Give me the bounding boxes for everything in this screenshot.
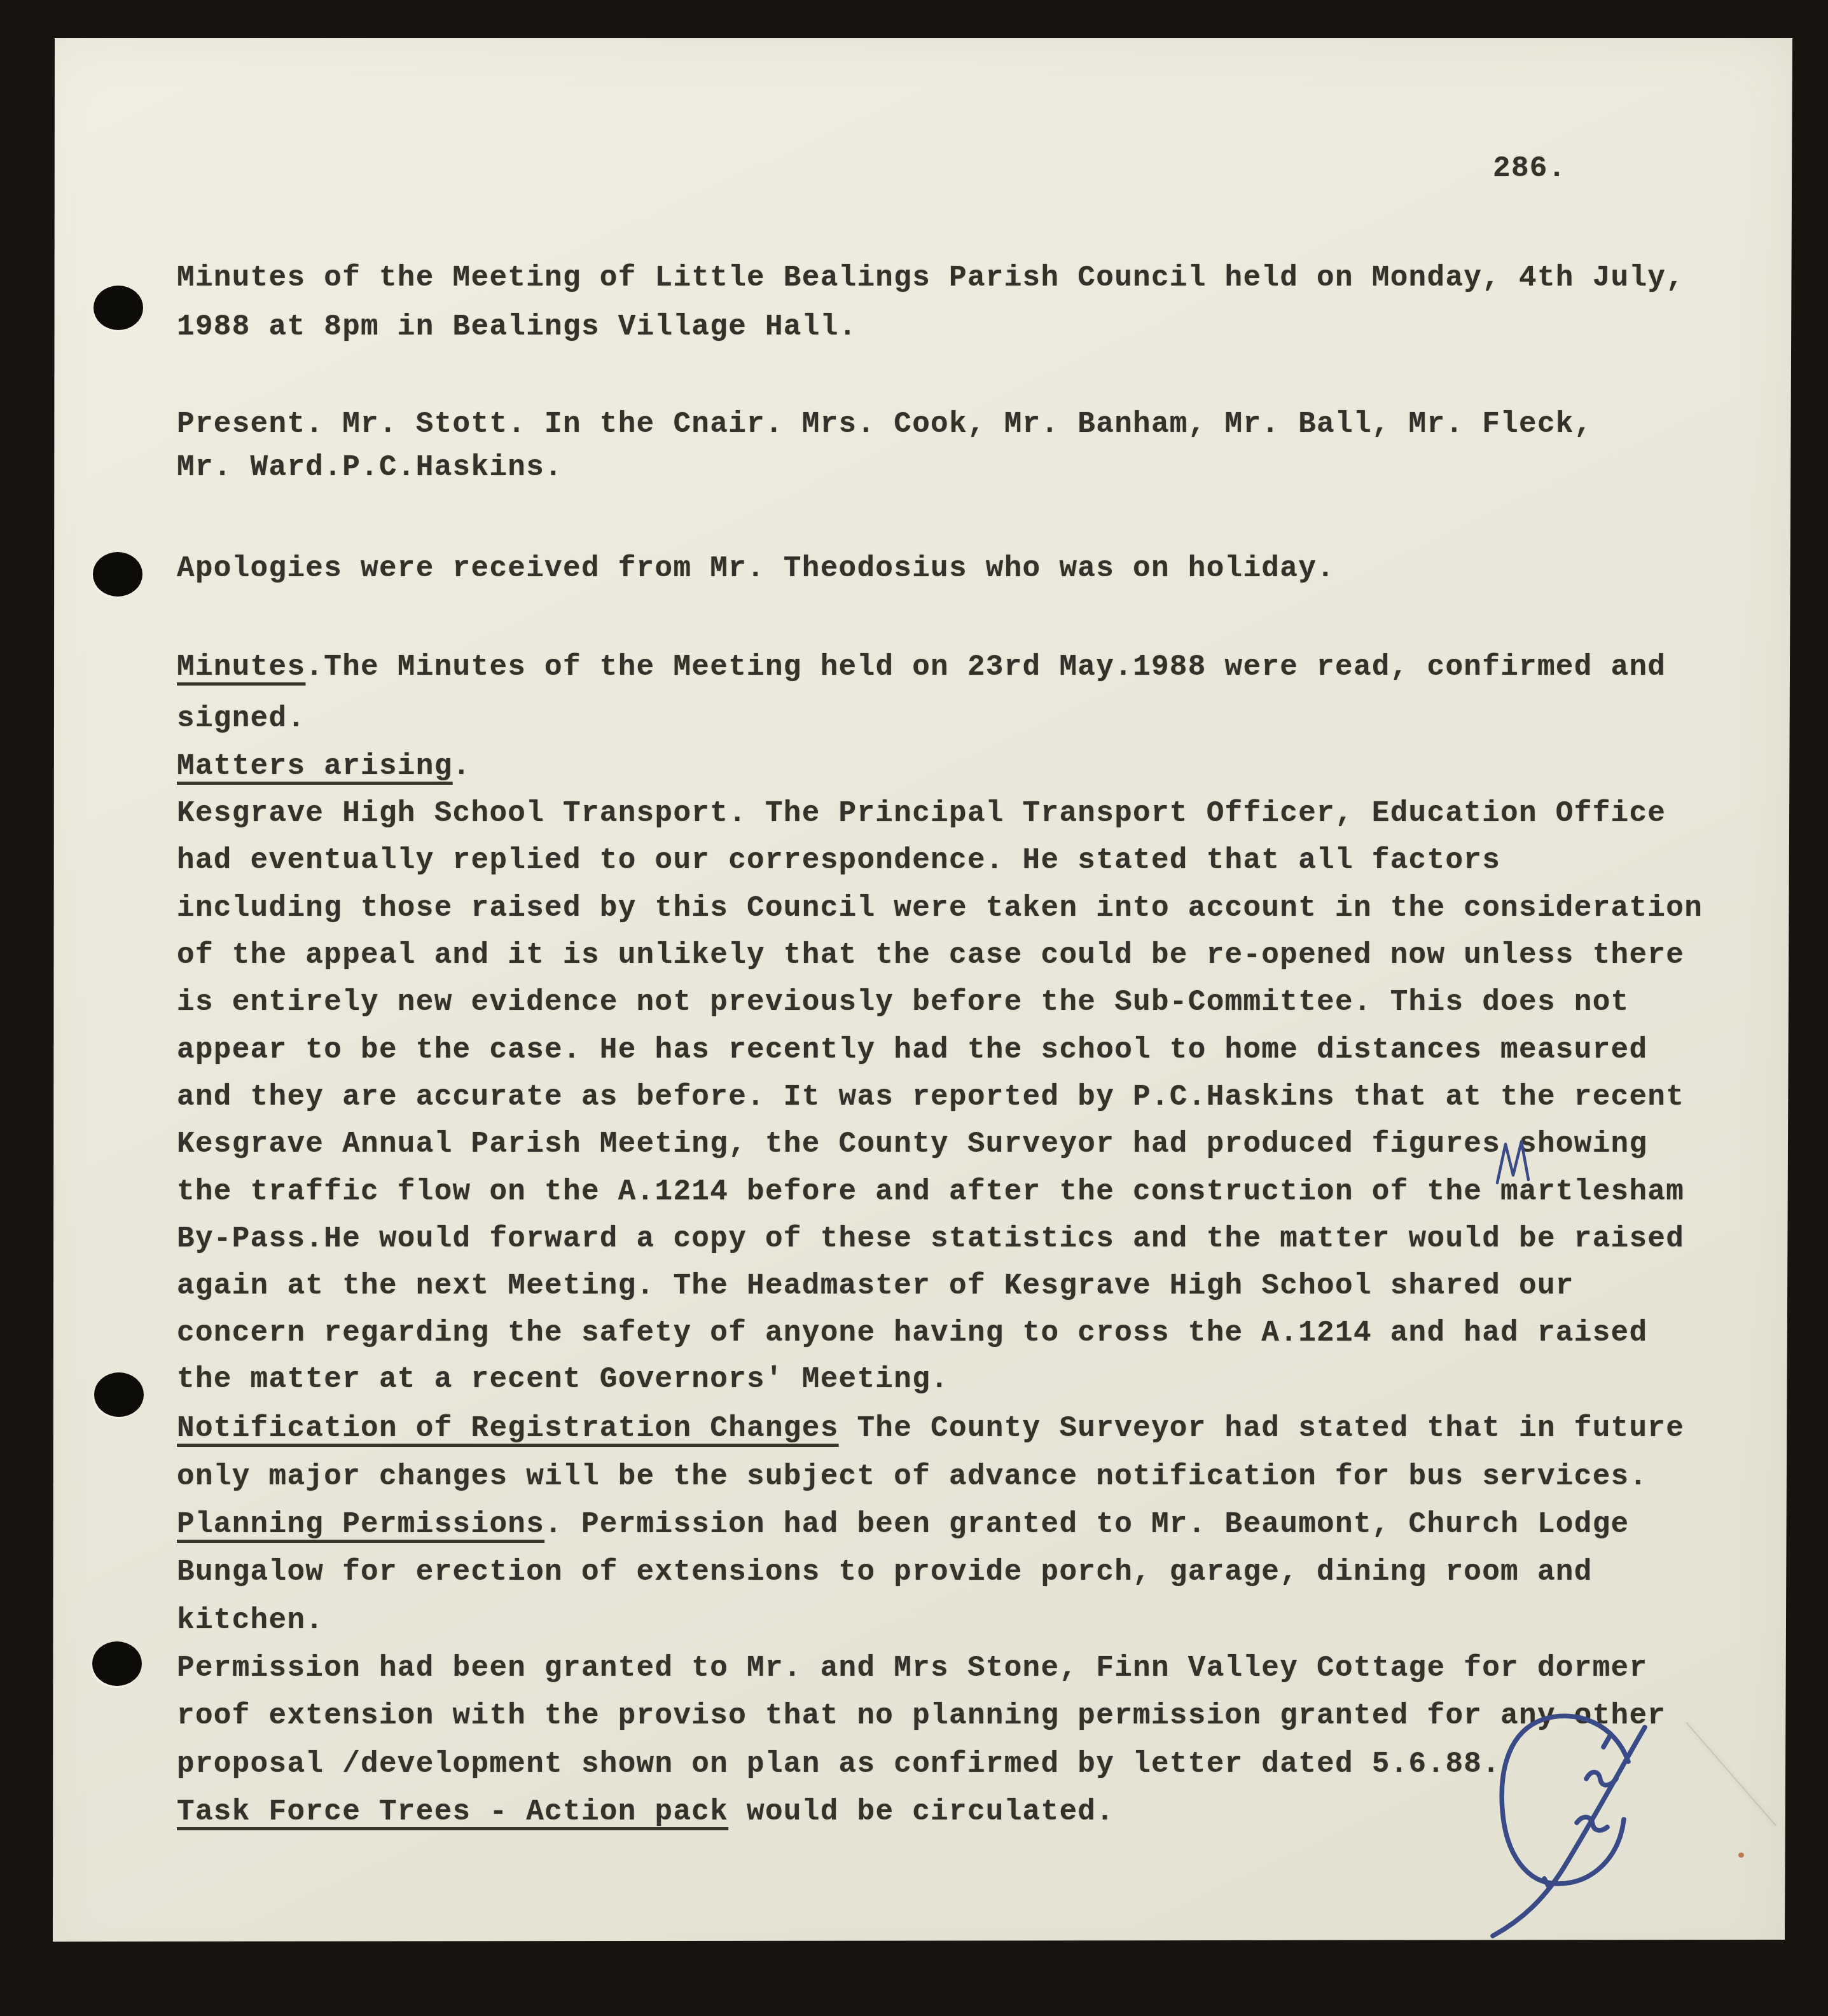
line-text: had eventually replied to our correspond… [177,844,1500,877]
line-text: Minutes of the Meeting of Little Bealing… [177,261,1684,294]
paper-crease [1686,1722,1776,1826]
typed-line: Planning Permissions. Permission had bee… [177,1510,1629,1539]
line-text: would be circulated. [728,1795,1114,1828]
line-text: concern regarding the safety of anyone h… [177,1316,1647,1350]
typed-line: only major changes will be the subject o… [177,1462,1647,1491]
line-text: including those raised by this Council w… [177,892,1703,925]
line-text: the traffic flow on the A.1214 before an… [177,1175,1684,1208]
line-text: kitchen. [177,1604,324,1637]
line-text: 1988 at 8pm in Bealings Village Hall. [177,310,857,343]
line-text: Apologies were received from Mr. Theodos… [177,552,1335,585]
line-text: only major changes will be the subject o… [177,1460,1647,1493]
typed-line: proposal /development shown on plan as c… [177,1750,1500,1779]
typed-line: concern regarding the safety of anyone h… [177,1318,1647,1348]
line-text: By-Pass.He would forward a copy of these… [177,1222,1684,1255]
line-text: the matter at a recent Governors' Meetin… [177,1363,949,1396]
line-text: of the appeal and it is unlikely that th… [177,939,1684,972]
line-text: . [453,750,471,783]
line-text: Kesgrave Annual Parish Meeting, the Coun… [177,1128,1647,1161]
typed-line: roof extension with the proviso that no … [177,1701,1666,1730]
punch-hole [93,286,143,330]
typed-line: Task Force Trees - Action pack would be … [177,1797,1114,1826]
line-text: . Permission had been granted to Mr. Bea… [544,1508,1629,1541]
line-text: .The Minutes of the Meeting held on 23rd… [305,651,1666,684]
typed-line: is entirely new evidence not previously … [177,988,1629,1017]
typed-line: Notification of Registration Changes The… [177,1414,1684,1443]
typed-line: the traffic flow on the A.1214 before an… [177,1177,1684,1206]
line-text: roof extension with the proviso that no … [177,1699,1666,1732]
typed-line: again at the next Meeting. The Headmaste… [177,1271,1574,1301]
document-page: 286. Minutes of the Meeting of Little Be… [0,0,1828,2016]
typed-line: including those raised by this Council w… [177,894,1703,923]
typed-line: Present. Mr. Stott. In the Cnair. Mrs. C… [177,410,1593,439]
line-text: again at the next Meeting. The Headmaste… [177,1269,1574,1302]
line-text: Present. Mr. Stott. In the Cnair. Mrs. C… [177,408,1593,441]
punch-hole [93,552,142,597]
typed-line: Kesgrave High School Transport. The Prin… [177,799,1666,828]
typed-line: Minutes of the Meeting of Little Bealing… [177,263,1684,293]
punch-hole [94,1372,144,1417]
scan-background: 286. Minutes of the Meeting of Little Be… [0,0,1828,2016]
page-number: 286. [1493,154,1567,183]
underlined-heading: Task Force Trees - Action pack [177,1795,728,1828]
line-text: proposal /development shown on plan as c… [177,1748,1500,1781]
paper-speck [1738,1853,1744,1858]
typed-line: Permission had been granted to Mr. and M… [177,1654,1647,1683]
typed-line: Apologies were received from Mr. Theodos… [177,554,1335,583]
typed-line: Kesgrave Annual Parish Meeting, the Coun… [177,1129,1647,1159]
line-text: Mr. Ward.P.C.Haskins. [177,451,563,484]
typed-line: Bungalow for erection of extensions to p… [177,1557,1593,1587]
underlined-heading: Planning Permissions [177,1508,544,1541]
typed-line: of the appeal and it is unlikely that th… [177,941,1684,970]
line-text: appear to be the case. He has recently h… [177,1033,1647,1067]
punch-hole [92,1641,142,1686]
underlined-heading: Notification of Registration Changes [177,1412,839,1445]
line-text: Kesgrave High School Transport. The Prin… [177,797,1666,830]
line-text: signed. [177,702,305,735]
line-text: Bungalow for erection of extensions to p… [177,1556,1593,1589]
line-text: and they are accurate as before. It was … [177,1080,1684,1114]
line-text: The County Surveyor had stated that in f… [839,1412,1685,1445]
typed-line: and they are accurate as before. It was … [177,1082,1684,1112]
typed-line: Matters arising. [177,752,471,781]
typed-line: By-Pass.He would forward a copy of these… [177,1224,1684,1253]
typed-line: Mr. Ward.P.C.Haskins. [177,453,563,482]
typed-line: 1988 at 8pm in Bealings Village Hall. [177,312,857,342]
underlined-heading: Minutes [177,651,305,684]
typed-line: had eventually replied to our correspond… [177,846,1500,875]
underlined-heading: Matters arising [177,750,453,783]
typed-line: signed. [177,704,305,733]
line-text: is entirely new evidence not previously … [177,986,1629,1019]
typed-line: the matter at a recent Governors' Meetin… [177,1365,949,1394]
typed-line: kitchen. [177,1606,324,1635]
typed-line: Minutes.The Minutes of the Meeting held … [177,652,1666,682]
typed-line: appear to be the case. He has recently h… [177,1035,1647,1065]
line-text: Permission had been granted to Mr. and M… [177,1652,1647,1685]
